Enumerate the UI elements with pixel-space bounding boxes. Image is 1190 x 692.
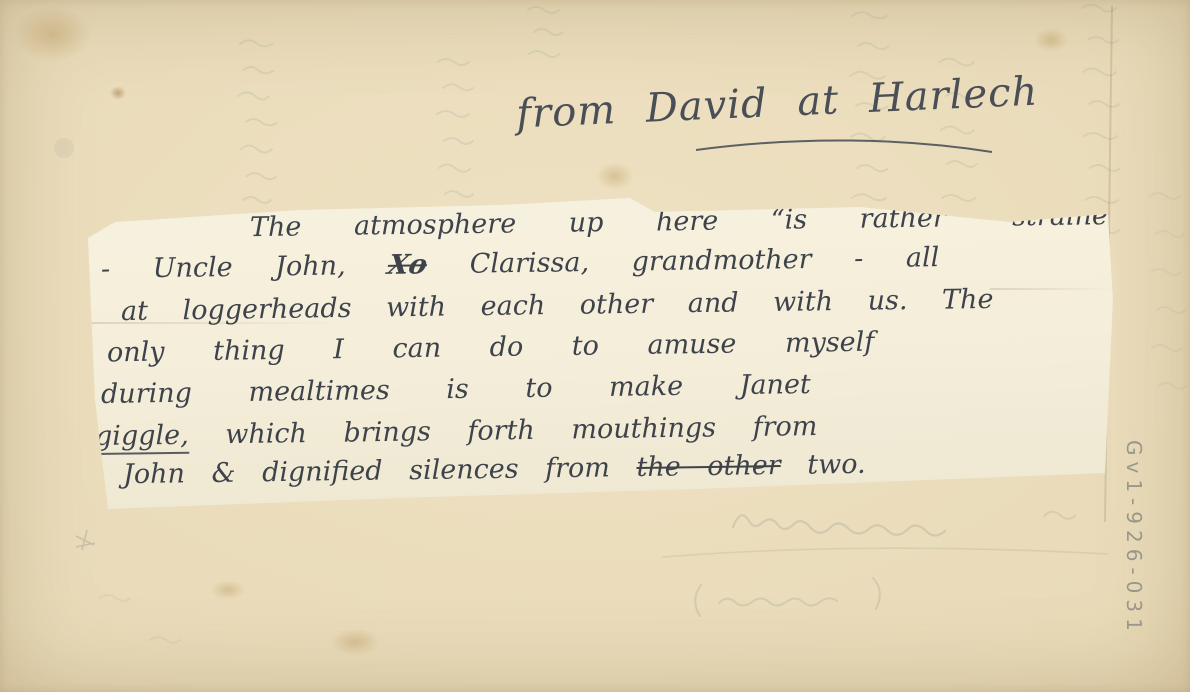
line7-prefix: John & dignified silences from	[123, 452, 637, 490]
handwriting-line-6: giggle, which brings forth mouthings fro…	[95, 411, 818, 452]
line1-text: The atmosphere up here “is rather” strai…	[250, 200, 1126, 243]
crossed-out-word: Xo	[385, 249, 430, 281]
pasted-letter-clipping: The atmosphere up here “is rather” strai…	[85, 196, 1117, 514]
underlined-word: giggle,	[95, 420, 189, 455]
caption-underline	[696, 140, 992, 152]
line2-prefix: - Uncle John,	[101, 250, 389, 285]
foxing-stain	[330, 628, 380, 656]
handwriting-line-4: only thing I can do to amuse myself	[107, 327, 875, 369]
line4-text: only thing I can do to amuse myself	[107, 327, 875, 369]
foxing-stain	[1034, 28, 1068, 52]
scanned-album-page: from David at Harlech The atmosphere up …	[0, 0, 1190, 692]
handwriting-line-5: during mealtimes is to make Janet	[101, 369, 811, 410]
handwriting-line-2: - Uncle John, Xo Clarissa, grandmother -…	[101, 242, 940, 285]
archive-reference-number: Gv1-926-031	[1122, 440, 1146, 637]
paper-crease	[990, 288, 1115, 290]
handwriting-line-7: John & dignified silences from the other…	[123, 449, 866, 490]
foxing-stain	[110, 86, 126, 100]
handwritten-caption: from David at Harlech	[515, 69, 1039, 138]
handwriting-line-3: at loggerheads with each other and with …	[121, 284, 994, 327]
foxing-stain	[596, 162, 634, 190]
line2-suffix: Clarissa, grandmother - all	[427, 242, 939, 280]
line7-suffix: two.	[780, 449, 865, 481]
foxing-stain	[14, 6, 92, 62]
line5-text: during mealtimes is to make Janet	[101, 369, 811, 410]
foxing-stain	[210, 580, 246, 600]
line3-text: at loggerheads with each other and with …	[121, 284, 994, 327]
handwriting-line-1: The atmosphere up here “is rather” strai…	[250, 200, 1126, 243]
line6-rest: which brings forth mouthings from	[188, 411, 817, 451]
long-tbar-words: the other	[636, 450, 781, 483]
